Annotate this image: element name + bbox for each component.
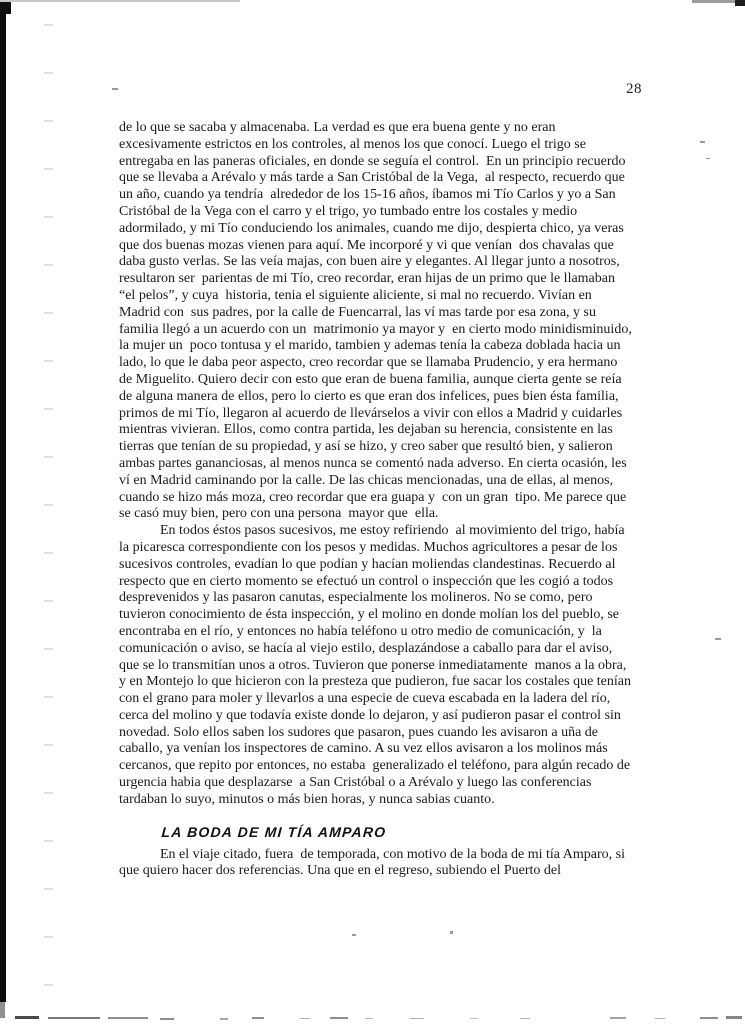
page-number: 28 [626,81,642,98]
scan-artifact-bottom-line [726,1016,742,1019]
scan-artifact-bottom-line [470,1018,478,1019]
scan-speck [352,934,356,936]
scan-artifact-bottom-line [48,1017,100,1019]
scan-artifact-speck-column [44,24,53,1006]
scan-artifact-bottom-line [160,1018,174,1020]
scan-speck [112,88,118,90]
body-paragraph-3: En el viaje citado, fuera de temporada, … [119,847,632,881]
scan-speck [450,931,453,934]
scan-speck [700,141,705,143]
scan-artifact-bottom-line [15,1016,39,1019]
scan-artifact-top-right-dark [735,0,745,6]
scan-artifact-bottom-line [330,1017,348,1019]
scan-artifact-bottom-line [700,1017,718,1019]
body-paragraph-1: de lo que se sacaba y almacenaba. La ver… [119,120,632,523]
scan-artifact-bottom-line [252,1017,264,1019]
scan-artifact-left-edge-top [0,0,11,14]
scan-artifact-bottom-line [220,1018,228,1020]
body-paragraph-2: En todos éstos pasos sucesivos, me estoy… [119,523,632,809]
scan-artifact-bottom-line [610,1017,626,1019]
scan-artifact-left-edge-tail [0,1002,5,1018]
scan-artifact-bottom-line [365,1018,373,1019]
scan-artifact-left-edge [0,0,6,1002]
scan-speck [706,158,710,159]
text-block: de lo que se sacaba y almacenaba. La ver… [119,120,632,880]
scan-artifact-bottom-line [520,1018,530,1019]
section-heading: LA BODA DE MI TÍA AMPARO [161,824,633,840]
scan-artifact-top-right-grey [692,0,736,3]
scan-artifact-bottom-line [108,1017,148,1019]
scan-speck [715,638,721,640]
scanned-document-page: 28 de lo que se sacaba y almacenaba. La … [0,0,745,1024]
scan-artifact-bottom-line [300,1018,310,1019]
scan-artifact-top-streak [0,0,240,2]
scan-artifact-bottom-line [410,1018,424,1019]
scan-artifact-bottom-line [655,1018,665,1019]
